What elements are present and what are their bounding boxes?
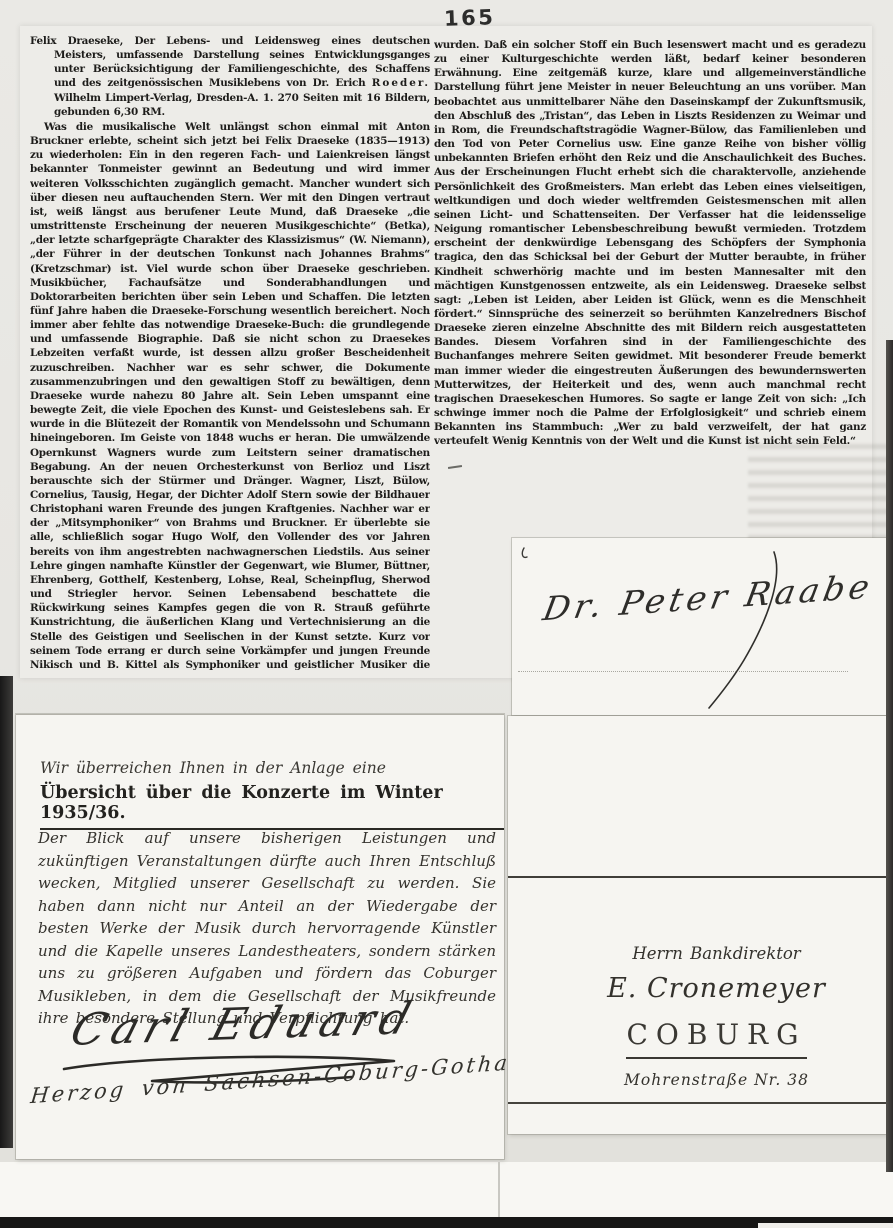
invitation-intro: Wir überreichen Ihnen in der Anlage eine [40,759,386,777]
invitation-heading: Übersicht über die Konzerte im Winter 19… [40,783,504,830]
address-card-top-rule [508,876,889,878]
scrapbook-scan: Felix Draeseke, Der Lebens- und Leidensw… [0,0,893,1228]
address-salutation: Herrn Bankdirektor [544,944,889,963]
card-baseline-rule [518,671,848,672]
address-city: COBURG [626,1018,806,1059]
page-edge-shadow-left [0,676,13,1148]
raabe-autograph-card: Dr. Peter Raabe [512,538,889,715]
citation-author: Roeder. [372,77,430,89]
book-citation: Felix Draeseke, Der Lebens- und Leidensw… [30,34,430,119]
citation-publisher: Wilhelm Limpert-Verlag, Dresden-A. 1. 27… [54,92,430,118]
review-text-left: Was die musikalische Welt unlängst schon… [30,120,430,670]
review-text-right: wurden. Daß ein solcher Stoff ein Buch l… [434,38,866,449]
address-street: Mohrenstraße Nr. 38 [544,1071,889,1089]
address-card: Herrn Bankdirektor E. Cronemeyer COBURG … [508,716,889,1134]
pen-mark [522,548,527,557]
address-name: E. Cronemeyer [544,973,889,1004]
clipping-left-column: Felix Draeseke, Der Lebens- und Leidensw… [30,34,430,670]
page-edge-shadow-right [886,340,893,1172]
invitation-card: Wir überreichen Ihnen in der Anlage eine… [16,714,504,1159]
folio-number: 165 [444,5,496,31]
backing-seam [498,1162,500,1217]
scan-edge-bottom-gap [758,1223,893,1228]
citation-title-lead: Felix Draeseke, [30,35,123,47]
signature-flourish [512,538,889,715]
address-block: Herrn Bankdirektor E. Cronemeyer COBURG … [508,944,889,1089]
address-card-bottom-rule [508,1102,889,1104]
